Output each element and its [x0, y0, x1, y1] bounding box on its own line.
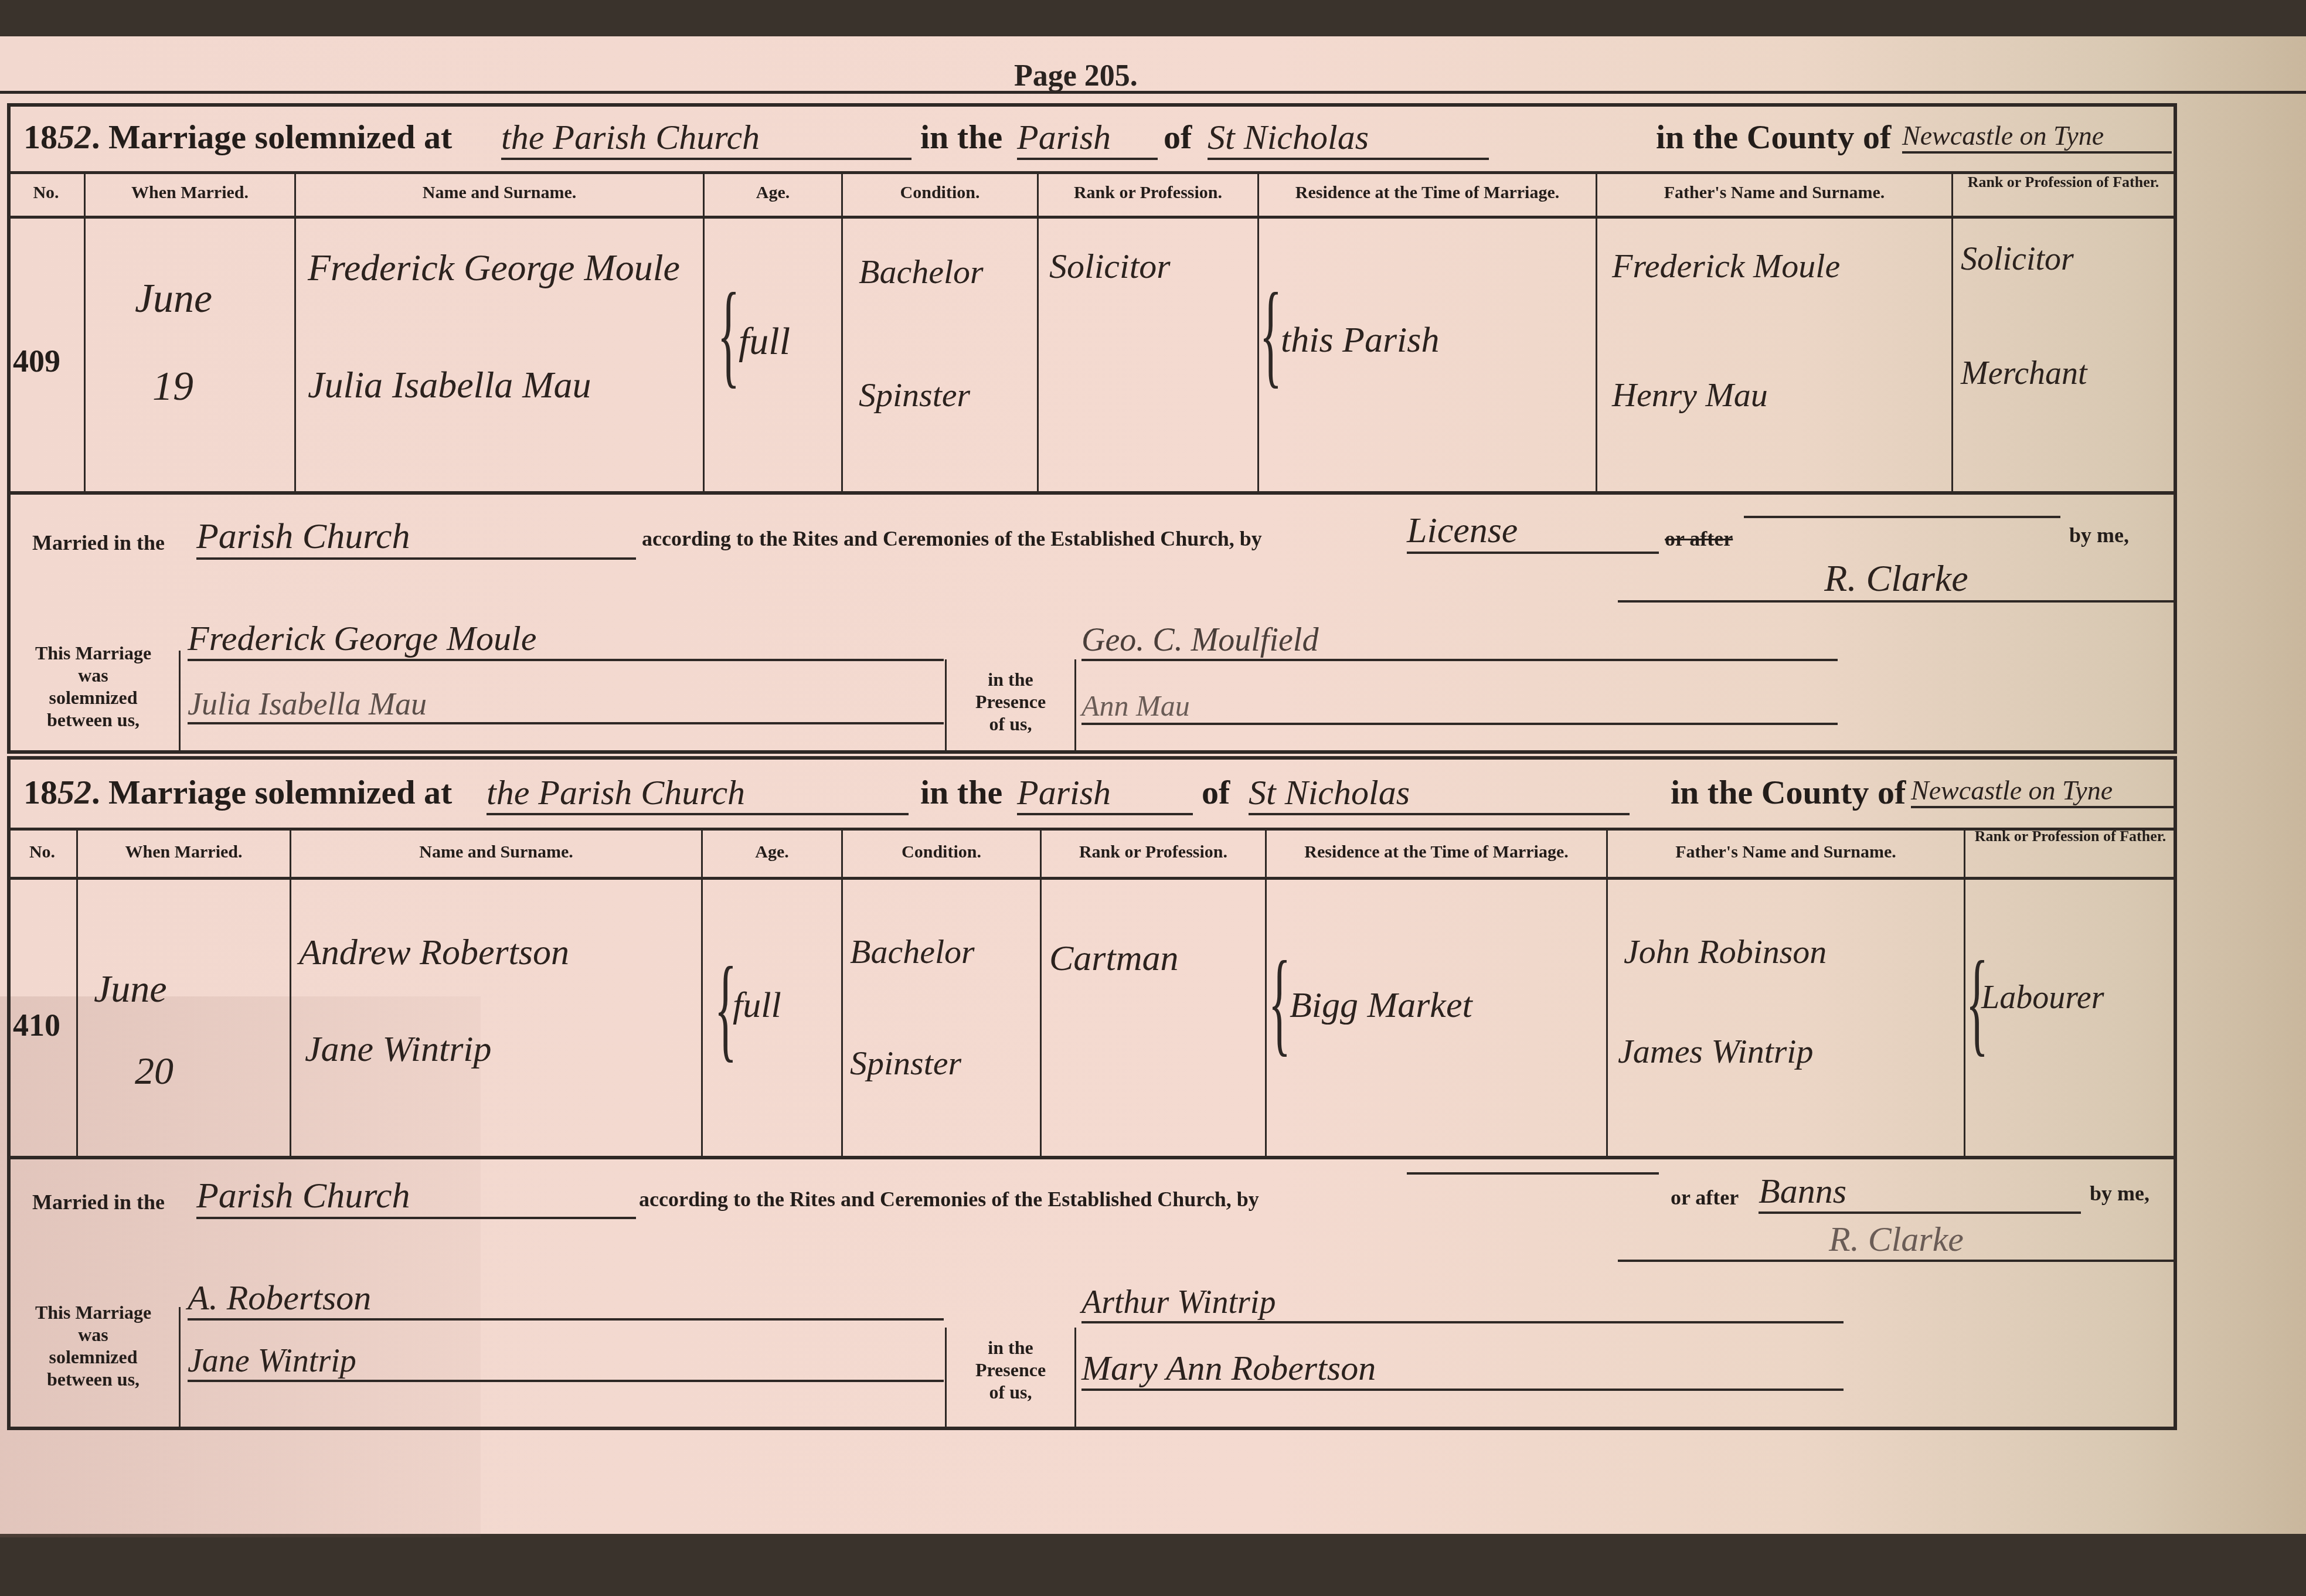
- or-after-label: or after: [1665, 526, 1733, 551]
- bride-father: Henry Mau: [1612, 375, 1768, 414]
- year-line: 1852. Marriage solemnized at: [23, 117, 452, 156]
- married-in-field: Parish Church: [196, 516, 636, 560]
- year-suffix: 52: [57, 118, 91, 156]
- col-header-rank: Rank or Profession.: [1039, 183, 1257, 203]
- label-line: between us,: [8, 1368, 178, 1390]
- col-header-age: Age.: [703, 842, 841, 862]
- label-line: in the: [947, 668, 1074, 690]
- groom-rank: Cartman: [1049, 938, 1178, 979]
- top-rule: [0, 91, 2306, 94]
- when-day: 19: [152, 363, 193, 410]
- according-label: according to the Rites and Ceremonies of…: [639, 1187, 1259, 1212]
- bride-condition: Spinster: [859, 375, 970, 414]
- by-field: [1407, 1172, 1659, 1175]
- label-line: between us,: [8, 709, 178, 731]
- by-field: License: [1407, 510, 1659, 554]
- groom-father-rank: Solicitor: [1961, 240, 2074, 278]
- year-line: 1852. Marriage solemnized at: [23, 773, 452, 812]
- according-label: according to the Rites and Ceremonies of…: [642, 526, 1262, 551]
- county-field: Newcastle on Tyne: [1911, 775, 2174, 808]
- presence-label: in the Presence of us,: [947, 1336, 1074, 1403]
- col-header-rank: Rank or Profession.: [1042, 842, 1265, 862]
- of-label: of: [1202, 773, 1230, 812]
- col-rule: [703, 171, 705, 492]
- bride-condition: Spinster: [850, 1043, 961, 1083]
- col-rule: [841, 828, 843, 1157]
- col-header-when: When Married.: [86, 183, 294, 203]
- married-in-label: Married in the: [32, 1190, 165, 1214]
- col-header-father-rank: Rank or Profession of Father.: [1953, 173, 2174, 191]
- col-header-no: No.: [8, 183, 84, 203]
- witness-2: Ann Mau: [1081, 689, 1838, 725]
- brace-icon: {: [1260, 275, 1282, 393]
- label-line: of us,: [947, 713, 1074, 735]
- of-label: of: [1164, 117, 1192, 156]
- header-bottom-rule: [7, 877, 2177, 880]
- label-line: was: [8, 664, 178, 686]
- in-the-label: in the: [920, 773, 1002, 812]
- presence-label: in the Presence of us,: [947, 668, 1074, 735]
- entry-number: 409: [13, 343, 60, 379]
- or-after-field: [1744, 516, 2060, 518]
- bride-signature: Jane Wintrip: [188, 1342, 944, 1382]
- header-bottom-rule: [7, 216, 2177, 219]
- col-header-father-rank: Rank or Profession of Father.: [1965, 828, 2175, 845]
- groom-father: John Robinson: [1624, 932, 1827, 971]
- label-line: solemnized: [8, 686, 178, 709]
- officiant-signature: R. Clarke: [1618, 1219, 2175, 1262]
- col-rule: [1606, 828, 1608, 1157]
- groom-name: Andrew Robertson: [299, 932, 569, 974]
- when-month: June: [135, 275, 212, 322]
- groom-signature: Frederick George Moule: [188, 618, 944, 661]
- groom-condition: Bachelor: [850, 932, 975, 971]
- col-header-when: When Married.: [78, 842, 290, 862]
- col-rule: [701, 828, 703, 1157]
- this-marriage-label: This Marriage was solemnized between us,: [8, 642, 178, 731]
- age: full: [733, 985, 781, 1026]
- col-rule: [290, 828, 291, 1157]
- groom-rank: Solicitor: [1049, 246, 1171, 287]
- label-line: Presence: [947, 1359, 1074, 1381]
- residence: Bigg Market: [1290, 985, 1472, 1026]
- or-after-label: or after: [1671, 1185, 1739, 1210]
- this-marriage-label: This Marriage was solemnized between us,: [8, 1301, 178, 1390]
- col-header-name: Name and Surname.: [291, 842, 701, 862]
- col-rule: [1040, 828, 1042, 1157]
- groom-father: Frederick Moule: [1612, 246, 1840, 285]
- label-line: This Marriage: [8, 642, 178, 664]
- col-rule: [1265, 828, 1267, 1157]
- col-rule: [76, 828, 78, 1157]
- witness-1: Geo. C. Moulfield: [1081, 621, 1838, 661]
- col-header-name: Name and Surname.: [296, 183, 703, 203]
- by-me-label: by me,: [2090, 1181, 2149, 1206]
- sign-rule: [179, 651, 181, 754]
- year-prefix: 18: [23, 118, 57, 156]
- county-label: in the County of: [1671, 773, 1906, 812]
- age: full: [739, 319, 790, 364]
- page-number: Page 205.: [1014, 59, 1138, 93]
- county-field: Newcastle on Tyne: [1902, 120, 2172, 154]
- col-rule: [1951, 171, 1953, 492]
- bride-name: Julia Isabella Mau: [308, 363, 591, 407]
- col-header-no: No.: [8, 842, 76, 862]
- bride-father-rank: Merchant: [1961, 355, 2087, 392]
- col-header-father: Father's Name and Surname.: [1608, 842, 1964, 862]
- when-day: 20: [135, 1049, 174, 1094]
- label-line: of us,: [947, 1381, 1074, 1403]
- parish-field: St Nicholas: [1249, 773, 1630, 815]
- entry-number: 410: [13, 1007, 60, 1043]
- col-header-residence: Residence at the Time of Marriage.: [1259, 183, 1596, 203]
- label-line: This Marriage: [8, 1301, 178, 1323]
- col-rule: [84, 171, 86, 492]
- father-rank: Labourer: [1981, 979, 2104, 1016]
- brace-icon: {: [1268, 944, 1291, 1061]
- officiant-signature: R. Clarke: [1618, 557, 2175, 603]
- when-month: June: [94, 967, 167, 1012]
- year-prefix: 18: [23, 773, 57, 811]
- bride-name: Jane Wintrip: [305, 1029, 492, 1070]
- row-bottom-rule: [7, 1156, 2177, 1159]
- year-suffix: 52: [57, 773, 91, 811]
- col-header-residence: Residence at the Time of Marriage.: [1267, 842, 1606, 862]
- in-the-label: in the: [920, 117, 1002, 156]
- brace-icon: {: [717, 275, 740, 393]
- groom-signature: A. Robertson: [188, 1278, 944, 1321]
- header-top-rule: [7, 171, 2177, 174]
- bride-signature: Julia Isabella Mau: [188, 686, 944, 724]
- col-header-condition: Condition.: [843, 183, 1037, 203]
- county-label: in the County of: [1656, 117, 1891, 156]
- presence-rule: [1074, 659, 1076, 753]
- district-field: Parish: [1017, 773, 1193, 815]
- place-field: the Parish Church: [501, 117, 911, 160]
- row-bottom-rule: [7, 491, 2177, 495]
- label-line: Presence: [947, 690, 1074, 713]
- label-line: in the: [947, 1336, 1074, 1359]
- place-field: the Parish Church: [487, 773, 909, 815]
- col-rule: [1257, 171, 1259, 492]
- married-in-field: Parish Church: [196, 1175, 636, 1219]
- col-header-age: Age.: [705, 183, 841, 203]
- label-line: was: [8, 1323, 178, 1346]
- parish-field: St Nicholas: [1208, 117, 1489, 160]
- sign-rule: [179, 1307, 181, 1427]
- col-rule: [1964, 828, 1965, 1157]
- label-line: solemnized: [8, 1346, 178, 1368]
- married-in-label: Married in the: [32, 530, 165, 555]
- header-top-rule: [7, 828, 2177, 831]
- col-rule: [1596, 171, 1597, 492]
- groom-condition: Bachelor: [859, 252, 984, 291]
- witness-2: Mary Ann Robertson: [1081, 1348, 1844, 1391]
- residence: this Parish: [1281, 319, 1439, 361]
- col-header-father: Father's Name and Surname.: [1597, 183, 1951, 203]
- by-me-label: by me,: [2069, 523, 2129, 547]
- col-rule: [1037, 171, 1039, 492]
- solemnized-label: . Marriage solemnized at: [91, 773, 452, 811]
- witness-1: Arthur Wintrip: [1081, 1284, 1844, 1323]
- groom-name: Frederick George Moule: [308, 246, 680, 290]
- district-field: Parish: [1017, 117, 1158, 160]
- bride-father: James Wintrip: [1618, 1032, 1813, 1071]
- solemnized-label: . Marriage solemnized at: [91, 118, 452, 156]
- presence-rule: [1074, 1328, 1076, 1427]
- or-after-field: Banns: [1759, 1171, 2081, 1214]
- col-rule: [841, 171, 843, 492]
- col-header-condition: Condition.: [843, 842, 1040, 862]
- col-rule: [294, 171, 296, 492]
